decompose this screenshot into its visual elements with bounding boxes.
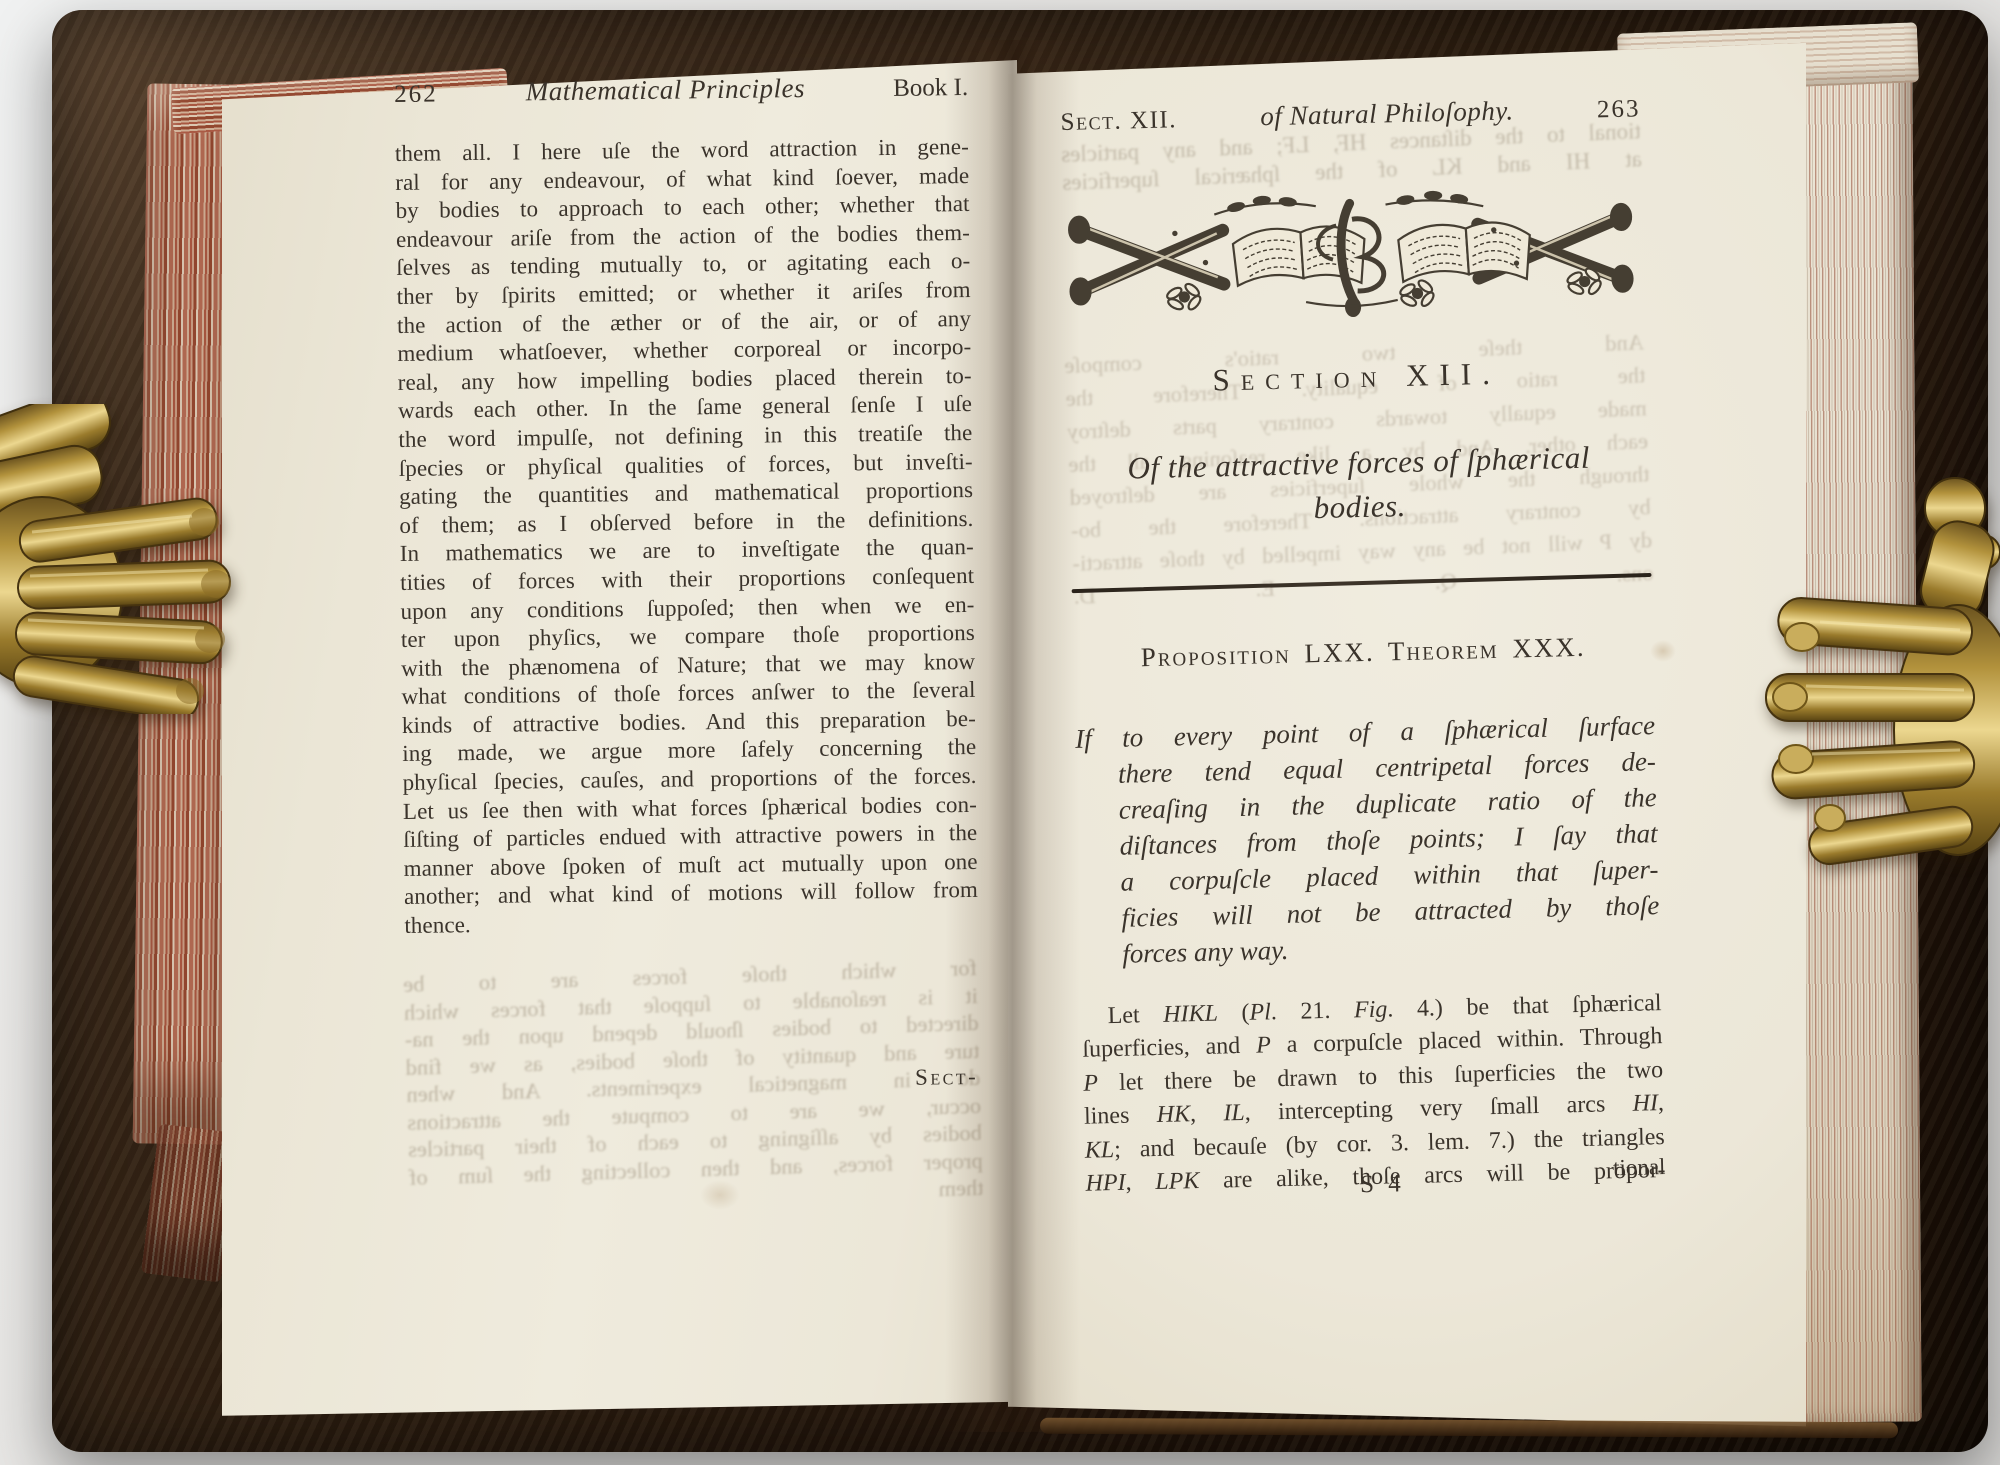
- brass-hand-clasp-left-icon: [0, 404, 242, 714]
- left-page-header: 262 Mathematical Principles Book I.: [394, 71, 968, 109]
- left-bleedthrough: for which thoſe forces are to beit is re…: [403, 954, 984, 1218]
- left-running-title: Mathematical Principles: [526, 73, 806, 107]
- book-label: Book I.: [893, 74, 968, 103]
- signature-mark: S 4: [1360, 1170, 1405, 1199]
- proposition-heading: Proposition LXX. Theorem XXX.: [1073, 630, 1654, 675]
- right-catchword: tional: [1613, 1154, 1666, 1181]
- brass-hand-clasp-right-icon: [1750, 462, 2000, 892]
- theorem-statement: If to every point of a ſphærical ſurface…: [1075, 707, 1661, 973]
- section-subtitle: Of the attractive forces of ſphæricalbod…: [1068, 434, 1650, 536]
- headpiece-ornament-icon: [1064, 182, 1637, 325]
- left-body: them all. I here uſe the word attraction…: [395, 133, 979, 941]
- right-page-text: Sect. XII. of Natural Philoſophy. 263 ti…: [1060, 82, 1670, 1395]
- left-page-text: 262 Mathematical Principles Book I. for …: [394, 71, 983, 1338]
- left-catchword: Sect-: [915, 1064, 978, 1091]
- left-page-number: 262: [394, 80, 438, 109]
- photo-backdrop: 262 Mathematical Principles Book I. for …: [0, 0, 2000, 1465]
- section-label: Sect. XII.: [1060, 106, 1177, 137]
- foxing-spot: [1650, 640, 1676, 662]
